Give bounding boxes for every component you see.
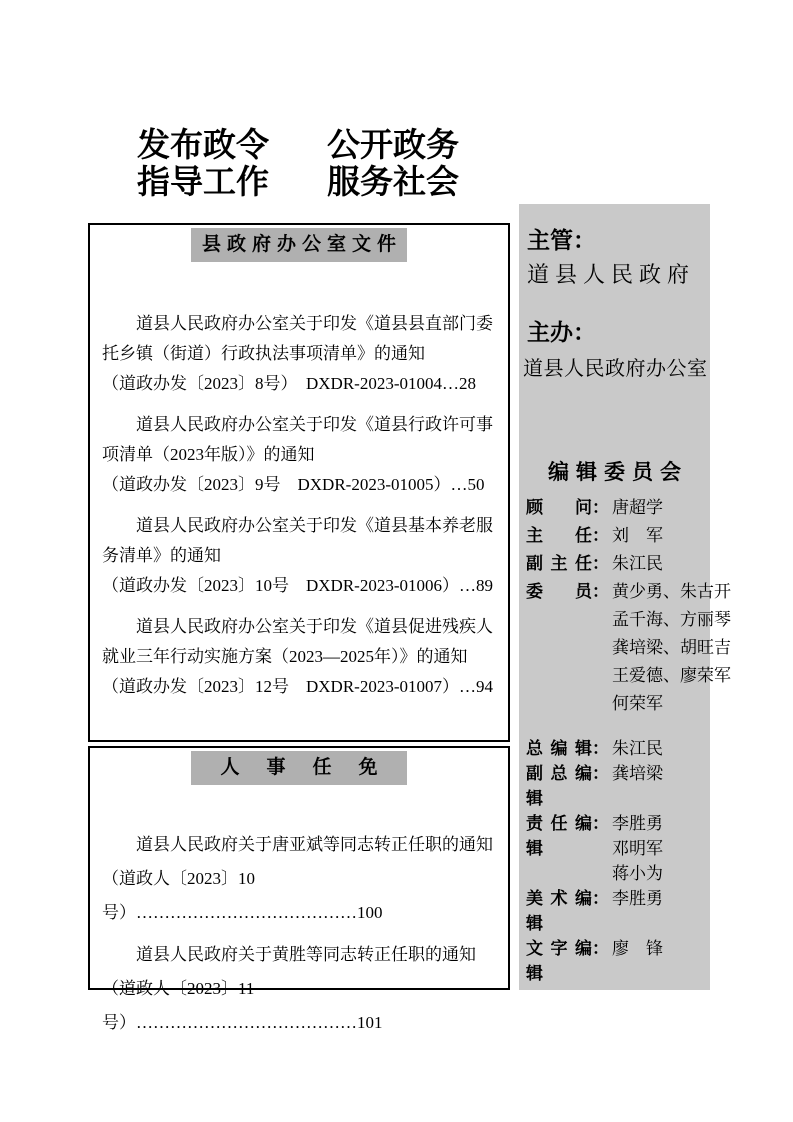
slogan-phrase: 指导工作 [137, 163, 269, 200]
editors-list: 总编辑： 朱江民 副总编辑： 龚培梁 责任编辑： 李胜勇 邓明军 蒋小为 美术编… [526, 736, 708, 986]
role-colon: ： [592, 761, 609, 786]
toc-item-ref: （道政办发〔2023〕9号 DXDR-2023-01005）…50 [102, 470, 502, 500]
role-colon: ： [592, 494, 609, 522]
role-colon: ： [592, 811, 609, 836]
role-value: 唐超学 [612, 494, 663, 522]
toc-item-title: 道县人民政府办公室关于印发《道县行政许可事项清单（2023年版）》的通知 [102, 410, 502, 470]
role-label: 责任编辑 [526, 811, 592, 861]
toc-item-title: 道县人民政府关于黄胜等同志转正任职的通知 [102, 938, 502, 972]
toc-item-ref: （道政办发〔2023〕12号 DXDR-2023-01007）…94 [102, 672, 502, 702]
role-value-line: 何荣军 [612, 690, 731, 718]
slogan-row-1: 发布政令 公开政务 [137, 126, 459, 163]
toc-item-ref: （道政办发〔2023〕8号） DXDR-2023-01004…28 [102, 369, 502, 399]
toc-item: 道县人民政府办公室关于印发《道县促进残疾人就业三年行动实施方案（2023—202… [102, 612, 502, 702]
editorial-committee-title: 编辑委员会 [519, 456, 710, 486]
committee-row: 主任： 刘 军 [526, 522, 708, 550]
toc-item: 道县人民政府办公室关于印发《道县基本养老服务清单》的通知 （道政办发〔2023〕… [102, 511, 502, 601]
role-colon: ： [592, 886, 609, 911]
committee-row: 顾问： 唐超学 [526, 494, 708, 522]
section-box-gov-office-documents: 县政府办公室文件 道县人民政府办公室关于印发《道县县直部门委托乡镇（街道）行政执… [88, 223, 510, 742]
role-value-line: 龚培梁、胡旺吉 [612, 634, 731, 662]
toc-item-title: 道县人民政府办公室关于印发《道县县直部门委托乡镇（街道）行政执法事项清单》的通知 [102, 309, 502, 369]
toc-item-title: 道县人民政府办公室关于印发《道县促进残疾人就业三年行动实施方案（2023—202… [102, 612, 502, 672]
toc-item-ref: （道政人〔2023〕10号）…………………………………100 [102, 862, 502, 930]
section-box-personnel: 人事任免 道县人民政府关于唐亚斌等同志转正任职的通知 （道政人〔2023〕10号… [88, 746, 510, 990]
editor-row: 美术编辑： 李胜勇 [526, 886, 708, 936]
editor-row: 责任编辑： 李胜勇 邓明军 蒋小为 [526, 811, 708, 886]
role-label: 总编辑 [526, 736, 592, 761]
organizer-value: 道县人民政府办公室 [523, 352, 708, 381]
toc-item: 道县人民政府关于黄胜等同志转正任职的通知 （道政人〔2023〕11号）……………… [102, 938, 502, 1040]
role-label: 美术编辑 [526, 886, 592, 936]
section-header: 人事任免 [191, 751, 407, 785]
role-label: 文字编辑 [526, 936, 592, 986]
role-label: 顾问 [526, 494, 592, 522]
role-colon: ： [592, 522, 609, 550]
role-value-line: 孟千海、方丽琴 [612, 606, 731, 634]
role-colon: ： [592, 736, 609, 761]
role-value-line: 李胜勇 [612, 811, 663, 836]
role-colon: ： [592, 936, 609, 961]
committee-row: 副主任： 朱江民 [526, 550, 708, 578]
role-value: 李胜勇 [612, 886, 663, 911]
role-label: 委员 [526, 578, 592, 606]
toc-item-title: 道县人民政府办公室关于印发《道县基本养老服务清单》的通知 [102, 511, 502, 571]
role-label: 主任 [526, 522, 592, 550]
role-value: 朱江民 [612, 550, 663, 578]
sidebar: 主管： 道县人民政府 主办： 道县人民政府办公室 编辑委员会 顾问： 唐超学 主… [519, 204, 710, 990]
slogan-phrase: 公开政务 [327, 126, 459, 163]
role-colon: ： [592, 578, 609, 606]
toc-list: 道县人民政府办公室关于印发《道县县直部门委托乡镇（街道）行政执法事项清单》的通知… [102, 309, 502, 702]
committee-list: 顾问： 唐超学 主任： 刘 军 副主任： 朱江民 委员： 黄少勇、朱古开 孟千海… [526, 494, 708, 718]
role-value-line: 王爱德、廖荣军 [612, 662, 731, 690]
toc-item-title: 道县人民政府关于唐亚斌等同志转正任职的通知 [102, 828, 502, 862]
role-value: 龚培梁 [612, 761, 663, 786]
section-header: 县政府办公室文件 [191, 228, 407, 262]
editor-row: 副总编辑： 龚培梁 [526, 761, 708, 811]
toc-item: 道县人民政府办公室关于印发《道县县直部门委托乡镇（街道）行政执法事项清单》的通知… [102, 309, 502, 399]
role-value: 黄少勇、朱古开 孟千海、方丽琴 龚培梁、胡旺吉 王爱德、廖荣军 何荣军 [612, 578, 731, 718]
committee-row: 委员： 黄少勇、朱古开 孟千海、方丽琴 龚培梁、胡旺吉 王爱德、廖荣军 何荣军 [526, 578, 708, 718]
toc-item-ref: （道政办发〔2023〕10号 DXDR-2023-01006）…89 [102, 571, 502, 601]
role-value-line: 邓明军 [612, 836, 663, 861]
supervisor-label: 主管： [527, 222, 596, 255]
editor-row: 总编辑： 朱江民 [526, 736, 708, 761]
toc-list: 道县人民政府关于唐亚斌等同志转正任职的通知 （道政人〔2023〕10号）…………… [102, 828, 502, 1040]
role-colon: ： [592, 550, 609, 578]
role-value: 廖 锋 [612, 936, 663, 961]
toc-item: 道县人民政府关于唐亚斌等同志转正任职的通知 （道政人〔2023〕10号）…………… [102, 828, 502, 930]
slogan-phrase: 发布政令 [137, 126, 269, 163]
slogan-row-2: 指导工作 服务社会 [137, 163, 459, 200]
slogan: 发布政令 公开政务 指导工作 服务社会 [137, 126, 459, 200]
role-value: 刘 军 [612, 522, 663, 550]
supervisor-value: 道县人民政府 [527, 258, 695, 289]
role-value-line: 蒋小为 [612, 861, 663, 886]
role-value: 朱江民 [612, 736, 663, 761]
role-label: 副总编辑 [526, 761, 592, 811]
role-value: 李胜勇 邓明军 蒋小为 [612, 811, 663, 886]
role-value-line: 黄少勇、朱古开 [612, 578, 731, 606]
editor-row: 文字编辑： 廖 锋 [526, 936, 708, 986]
gazette-contents-page: 发布政令 公开政务 指导工作 服务社会 县政府办公室文件 道县人民政府办公室关于… [0, 0, 793, 1122]
toc-item-ref: （道政人〔2023〕11号）…………………………………101 [102, 972, 502, 1040]
role-label: 副主任 [526, 550, 592, 578]
toc-item: 道县人民政府办公室关于印发《道县行政许可事项清单（2023年版）》的通知 （道政… [102, 410, 502, 500]
organizer-label: 主办： [527, 314, 596, 347]
slogan-phrase: 服务社会 [327, 163, 459, 200]
